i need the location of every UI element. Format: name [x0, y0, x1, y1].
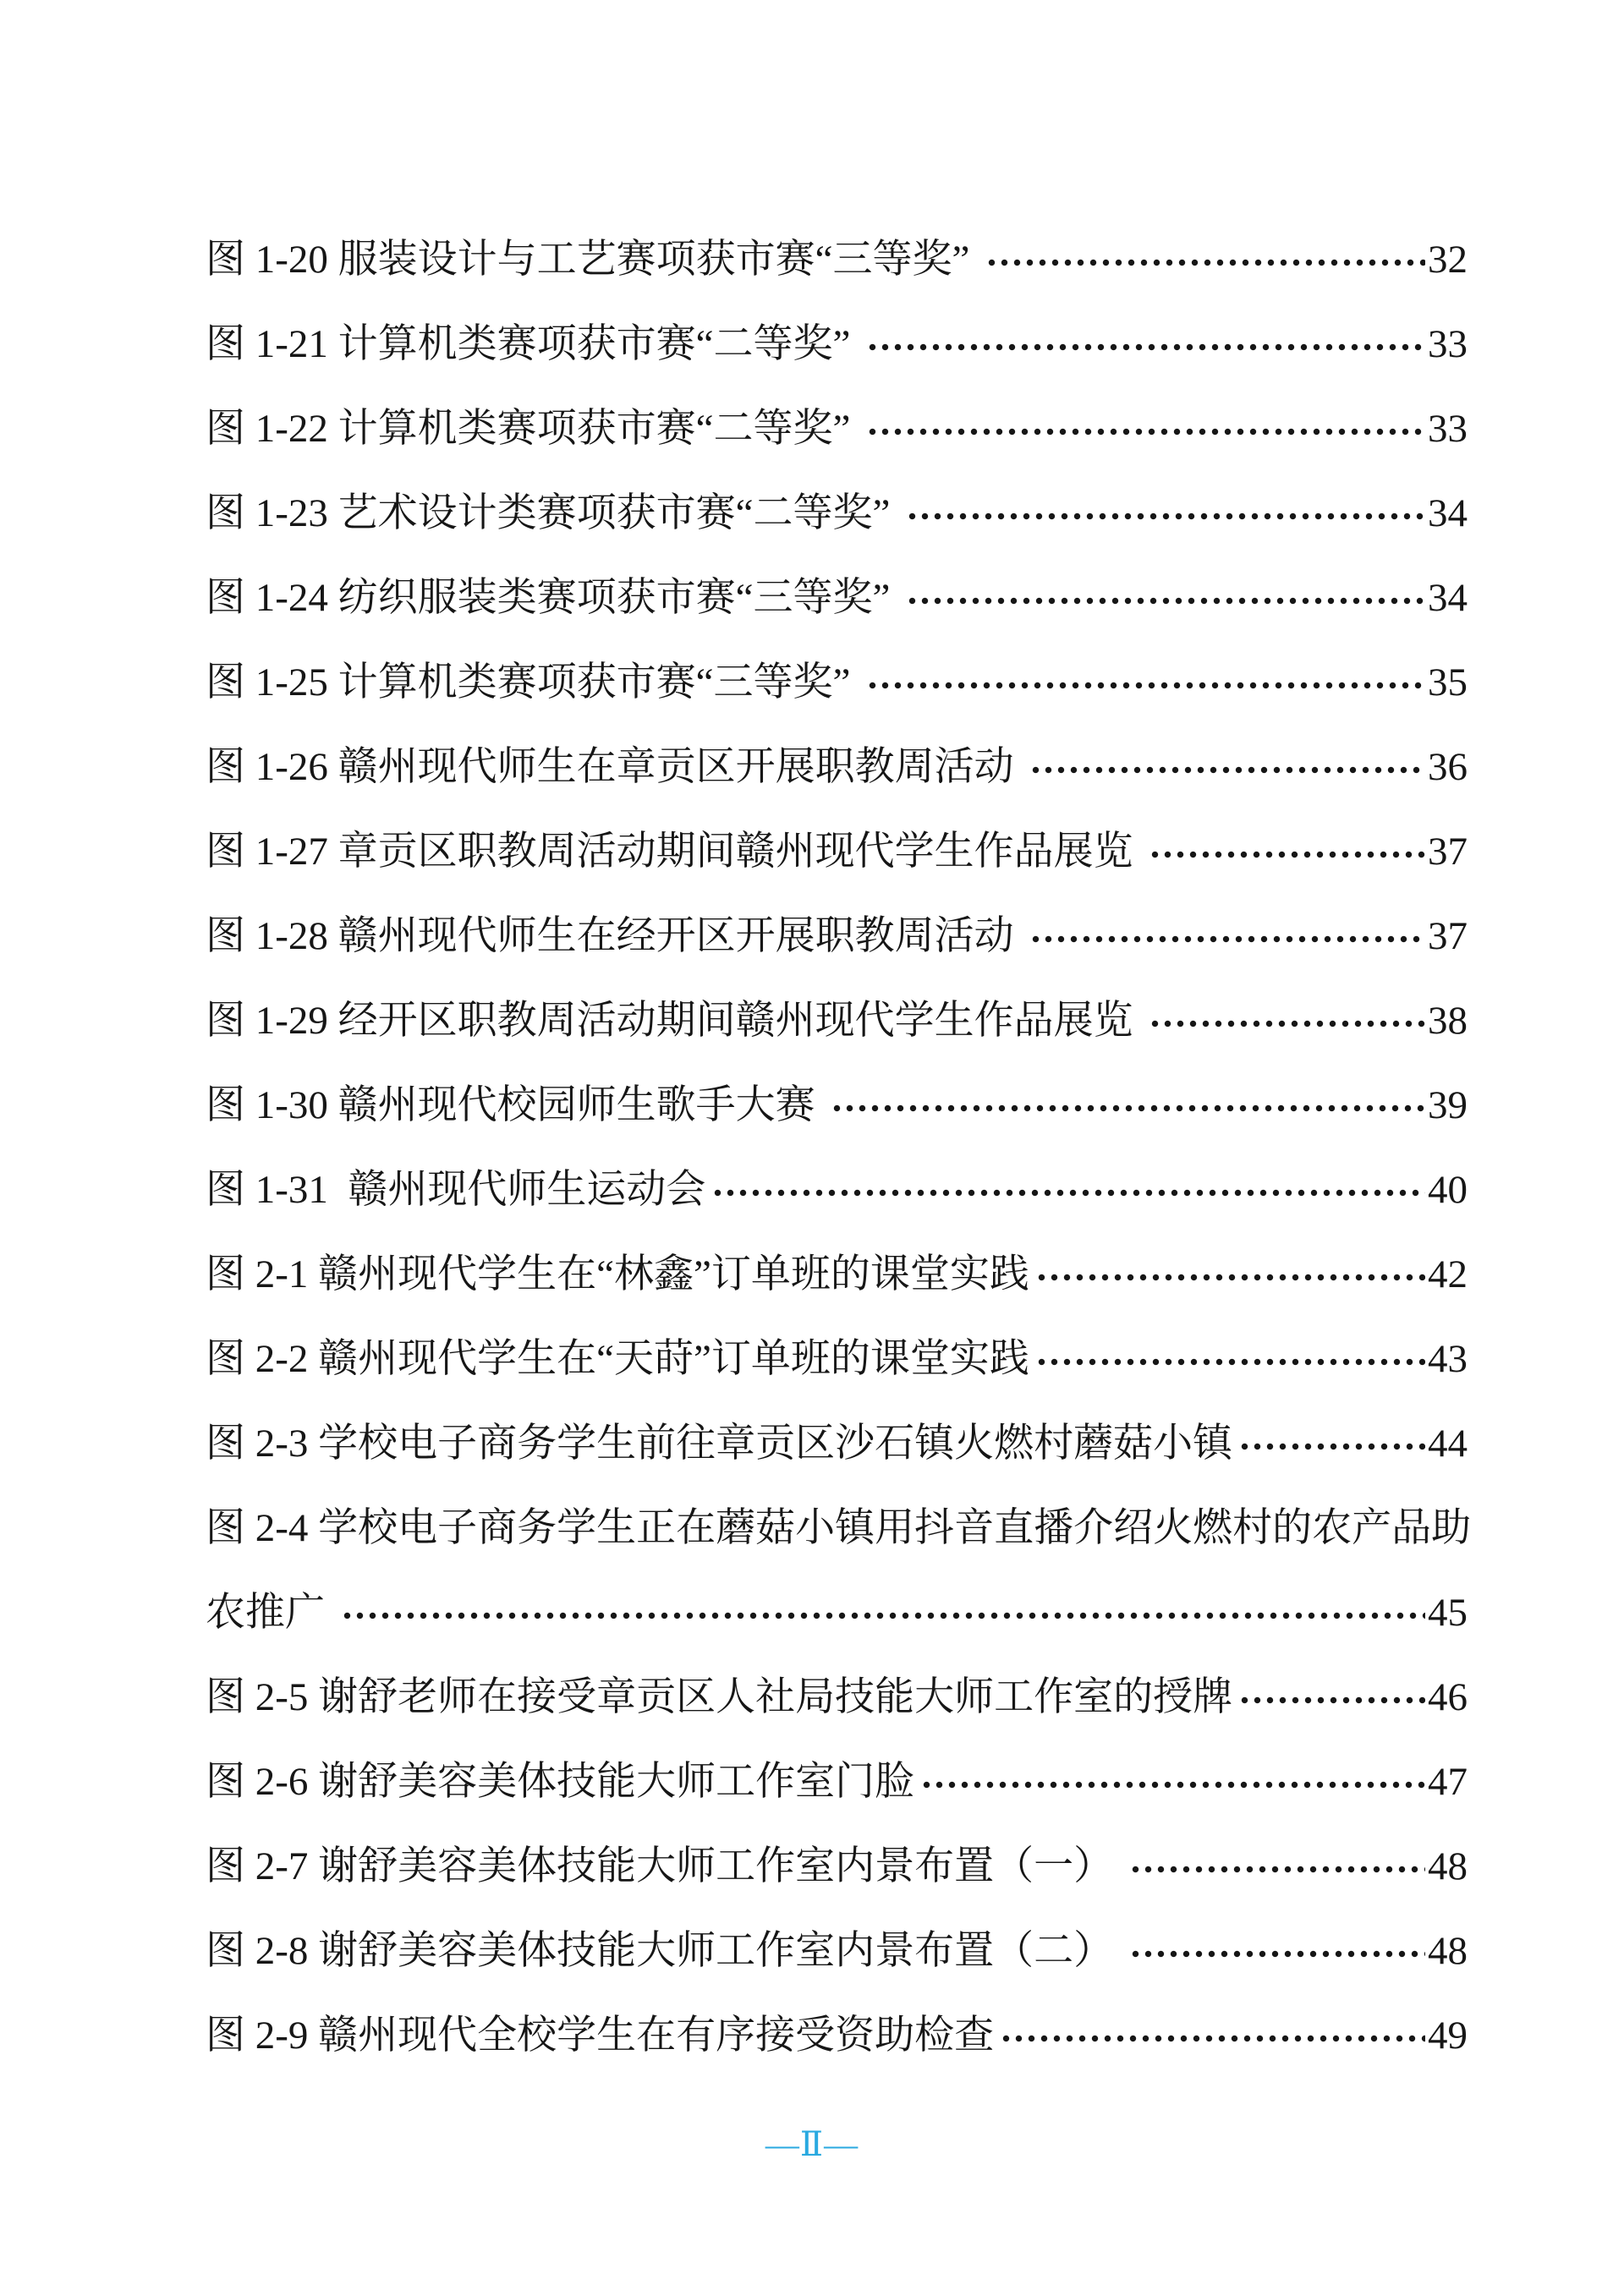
toc-entry-text: 图 1-27 章贡区职教周活动期间赣州现代学生作品展览 — [206, 832, 1143, 872]
dot-leader — [1000, 2019, 1425, 2058]
page-number: 42 — [1428, 1255, 1468, 1295]
toc-entry: 图 1-30 赣州现代校园师生歌手大赛 39 — [206, 1063, 1468, 1148]
dot-leader — [906, 496, 1425, 536]
page-number: 40 — [1428, 1170, 1468, 1210]
dot-leader — [866, 666, 1425, 705]
dot-leader — [985, 243, 1425, 282]
toc-entry-text: 图 1-31 赣州现代师生运动会 — [206, 1170, 705, 1210]
dot-leader — [1029, 919, 1425, 959]
dot-leader — [1238, 1680, 1425, 1720]
toc-entry: 图 1-26 赣州现代师生在章贡区开展职教周活动 36 — [206, 725, 1468, 809]
toc-entry-text: 图 1-29 经开区职教周活动期间赣州现代学生作品展览 — [206, 1001, 1143, 1041]
toc-entry: 图 2-8 谢舒美容美体技能大师工作室内景布置（二） 48 — [206, 1909, 1468, 1993]
dot-leader — [1129, 1934, 1425, 1974]
dot-leader — [1035, 1258, 1425, 1297]
dot-leader — [920, 1765, 1425, 1805]
page-number: 33 — [1428, 409, 1468, 449]
toc-entry: 图 2-1 赣州现代学生在“林鑫”订单班的课堂实践 42 — [206, 1232, 1468, 1317]
toc-entry: 图 1-22 计算机类赛项获市赛“二等奖” 33 — [206, 386, 1468, 471]
toc-entry: 图 2-6 谢舒美容美体技能大师工作室门脸 47 — [206, 1740, 1468, 1824]
toc-entry: 图 1-28 赣州现代师生在经开区开展职教周活动 37 — [206, 894, 1468, 978]
page-number: 49 — [1428, 2016, 1468, 2056]
toc-entry-wrapped-first-line: 图 2-4 学校电子商务学生正在蘑菇小镇用抖音直播介绍火燃村的农产品助 — [206, 1486, 1468, 1570]
page-number: 48 — [1428, 1847, 1468, 1887]
page-number: 46 — [1428, 1678, 1468, 1718]
toc-entry-text: 图 2-7 谢舒美容美体技能大师工作室内景布置（一） — [206, 1847, 1123, 1887]
page-number: 34 — [1428, 578, 1468, 618]
page-number: 37 — [1428, 832, 1468, 872]
toc-entry-text: 图 1-26 赣州现代师生在章贡区开展职教周活动 — [206, 748, 1023, 787]
dot-leader — [866, 327, 1425, 367]
toc-entry-text: 图 2-2 赣州现代学生在“天莳”订单班的课堂实践 — [206, 1340, 1029, 1379]
toc-figure-list: 图 1-20 服装设计与工艺赛项获市赛“三等奖” 32 图 1-21 计算机类赛… — [206, 217, 1468, 2078]
toc-entry-text: 图 1-21 计算机类赛项获市赛“二等奖” — [206, 325, 860, 364]
toc-entry-text: 图 2-9 赣州现代全校学生在有序接受资助检查 — [206, 2016, 994, 2056]
toc-entry: 图 2-9 赣州现代全校学生在有序接受资助检查 49 — [206, 1993, 1468, 2078]
toc-entry-wrapped-continuation: 农推广 45 — [206, 1570, 1468, 1655]
toc-entry: 图 1-20 服装设计与工艺赛项获市赛“三等奖” 32 — [206, 217, 1468, 302]
dot-leader — [866, 412, 1425, 452]
toc-entry-text: 图 1-20 服装设计与工艺赛项获市赛“三等奖” — [206, 240, 979, 280]
toc-entry-text: 农推广 — [206, 1593, 335, 1633]
page-number: 35 — [1428, 663, 1468, 703]
toc-entry: 图 2-3 学校电子商务学生前往章贡区沙石镇火燃村蘑菇小镇 44 — [206, 1401, 1468, 1486]
dot-leader — [1149, 1004, 1425, 1044]
toc-entry-text: 图 2-8 谢舒美容美体技能大师工作室内景布置（二） — [206, 1932, 1123, 1971]
page-number: 38 — [1428, 1001, 1468, 1041]
page-number: 48 — [1428, 1932, 1468, 1971]
toc-entry: 图 2-7 谢舒美容美体技能大师工作室内景布置（一） 48 — [206, 1824, 1468, 1909]
dot-leader — [1149, 835, 1425, 874]
dot-leader — [1029, 750, 1425, 790]
page-number: 32 — [1428, 240, 1468, 280]
page-number: 34 — [1428, 494, 1468, 534]
dot-leader — [1238, 1427, 1425, 1466]
toc-entry-text: 图 2-3 学校电子商务学生前往章贡区沙石镇火燃村蘑菇小镇 — [206, 1424, 1232, 1464]
toc-entry: 图 1-29 经开区职教周活动期间赣州现代学生作品展览 38 — [206, 978, 1468, 1063]
toc-entry-text: 图 1-22 计算机类赛项获市赛“二等奖” — [206, 409, 860, 449]
page-number: 43 — [1428, 1340, 1468, 1379]
footer-page-number: —Ⅱ— — [765, 2125, 859, 2163]
toc-entry-text: 图 2-6 谢舒美容美体技能大师工作室门脸 — [206, 1762, 914, 1802]
toc-entry: 图 1-24 纺织服装类赛项获市赛“三等奖” 34 — [206, 556, 1468, 640]
page-number: 45 — [1428, 1593, 1468, 1633]
toc-entry-text: 图 1-25 计算机类赛项获市赛“三等奖” — [206, 663, 860, 703]
page-number: 37 — [1428, 917, 1468, 956]
toc-entry: 图 1-27 章贡区职教周活动期间赣州现代学生作品展览 37 — [206, 809, 1468, 894]
dot-leader — [831, 1088, 1425, 1128]
dot-leader — [711, 1173, 1425, 1213]
toc-entry-text: 图 1-28 赣州现代师生在经开区开展职教周活动 — [206, 917, 1023, 956]
toc-entry: 图 2-2 赣州现代学生在“天莳”订单班的课堂实践 43 — [206, 1317, 1468, 1401]
page-footer: —Ⅱ— — [0, 2124, 1624, 2164]
toc-entry-text: 图 2-4 学校电子商务学生正在蘑菇小镇用抖音直播介绍火燃村的农产品助 — [206, 1509, 1471, 1548]
toc-entry: 图 1-25 计算机类赛项获市赛“三等奖” 35 — [206, 640, 1468, 725]
page-number: 36 — [1428, 748, 1468, 787]
toc-entry: 图 2-5 谢舒老师在接受章贡区人社局技能大师工作室的授牌 46 — [206, 1655, 1468, 1740]
toc-entry: 图 1-23 艺术设计类赛项获市赛“二等奖” 34 — [206, 471, 1468, 556]
toc-entry: 图 1-21 计算机类赛项获市赛“二等奖” 33 — [206, 302, 1468, 386]
dot-leader — [341, 1596, 1425, 1636]
page-number: 47 — [1428, 1762, 1468, 1802]
dot-leader — [1129, 1849, 1425, 1889]
toc-entry-text: 图 2-5 谢舒老师在接受章贡区人社局技能大师工作室的授牌 — [206, 1678, 1232, 1718]
dot-leader — [1035, 1342, 1425, 1382]
toc-entry-text: 图 2-1 赣州现代学生在“林鑫”订单班的课堂实践 — [206, 1255, 1029, 1295]
dot-leader — [906, 581, 1425, 621]
page-number: 33 — [1428, 325, 1468, 364]
toc-entry: 图 1-31 赣州现代师生运动会 40 — [206, 1148, 1468, 1232]
page-number: 44 — [1428, 1424, 1468, 1464]
toc-entry-text: 图 1-23 艺术设计类赛项获市赛“二等奖” — [206, 494, 900, 534]
page-number: 39 — [1428, 1086, 1468, 1126]
toc-entry-text: 图 1-30 赣州现代校园师生歌手大赛 — [206, 1086, 825, 1126]
toc-entry-text: 图 1-24 纺织服装类赛项获市赛“三等奖” — [206, 578, 900, 618]
